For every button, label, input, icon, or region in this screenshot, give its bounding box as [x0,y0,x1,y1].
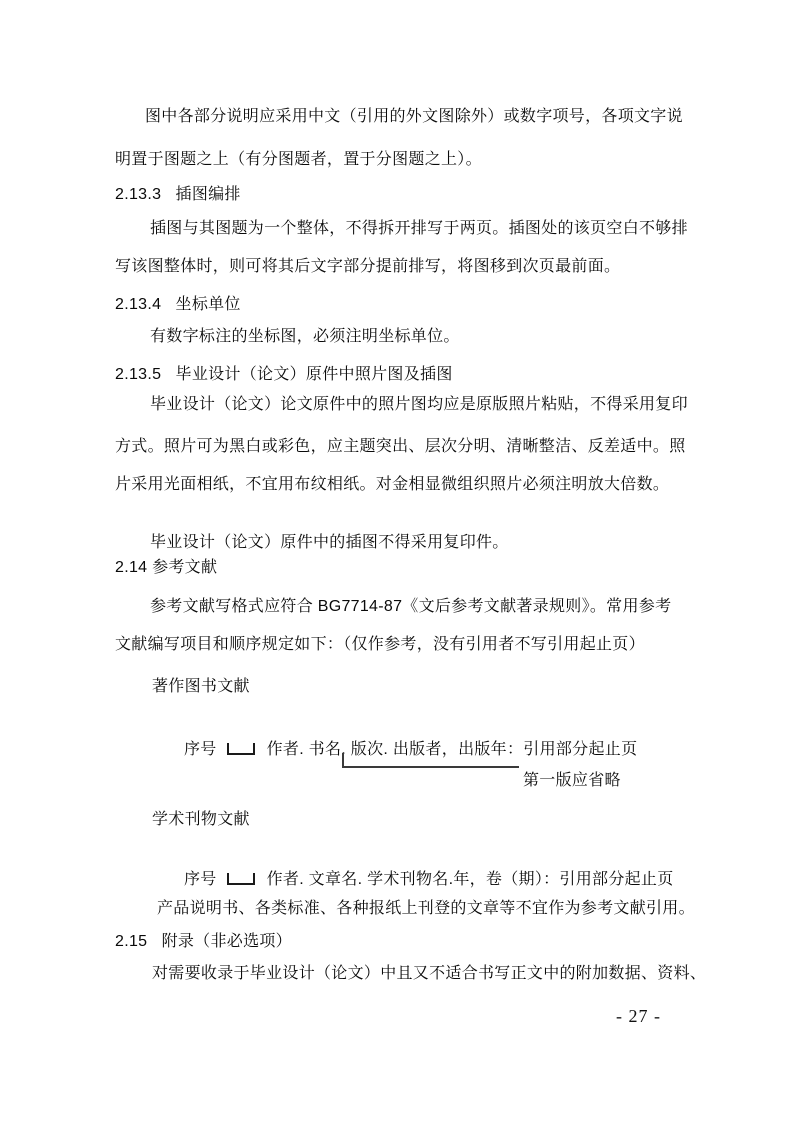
paragraph-line: 有数字标注的坐标图，必须注明坐标单位。 [150,327,460,347]
paragraph-line: 毕业设计（论文）原件中的插图不得采用复印件。 [150,533,509,553]
paragraph-line: 产品说明书、各类标准、各种报纸上刊登的文章等不宜作为参考文献引用。 [157,899,695,919]
reference-serial-label: 序号 [184,741,217,758]
paragraph-line: 方式。照片可为黑白或彩色，应主题突出、层次分明、清晰整洁、反差适中。照 [115,437,686,457]
paragraph-line: 插图与其图题为一个整体，不得拆开排写于两页。插图处的该页空白不够排 [150,219,688,239]
paragraph-line: 毕业设计（论文）论文原件中的照片图均应是原版照片粘贴，不得采用复印 [150,395,688,415]
first-edition-callout-line [342,753,519,768]
paragraph-line: 片采用光面相纸，不宜用布纹相纸。对金相显微组织照片必须注明放大倍数。 [115,475,669,495]
paragraph-line: 文献编写项目和顺序规定如下：（仅作参考，没有引用者不写引用起止页） [115,635,645,655]
section-heading-2-13-3: 2.13.3 插图编排 [115,185,241,205]
journal-reference-format: 作者. 文章名. 学术刊物名.年，卷（期）：引用部分起止页 [267,871,674,888]
paragraph-line: 图中各部分说明应采用中文（引用的外文图除外）或数字项号，各项文字说 [145,107,683,127]
subsection-label-journal-references: 学术刊物文献 [152,810,250,830]
blank-space-bracket-icon [227,743,255,755]
paragraph-line: 对需要收录于毕业设计（论文）中且又不适合书写正文中的附加数据、资料、 [152,964,706,984]
page-number: - 27 - [616,1006,661,1027]
section-heading-2-15: 2.15 附录（非必选项） [115,932,292,952]
blank-space-bracket-icon [227,873,255,885]
paragraph-line: 明置于图题之上（有分图题者，置于分图题之上）。 [115,150,482,170]
paragraph-line: 参考文献写格式应符合 BG7714-87《文后参考文献著录规则》。常用参考 [150,597,671,617]
document-page: 图中各部分说明应采用中文（引用的外文图除外）或数字项号，各项文字说 明置于图题之… [0,0,793,1122]
reference-serial-label: 序号 [184,871,217,888]
section-heading-2-13-4: 2.13.4 坐标单位 [115,295,241,315]
section-heading-2-13-5: 2.13.5 毕业设计（论文）原件中照片图及插图 [115,365,453,385]
subsection-label-book-references: 著作图书文献 [152,677,250,697]
first-edition-note: 第一版应省略 [523,771,621,791]
paragraph-line: 写该图整体时，则可将其后文字部分提前排写，将图移到次页最前面。 [115,257,620,277]
section-heading-2-14: 2.14 参考文献 [115,558,217,578]
